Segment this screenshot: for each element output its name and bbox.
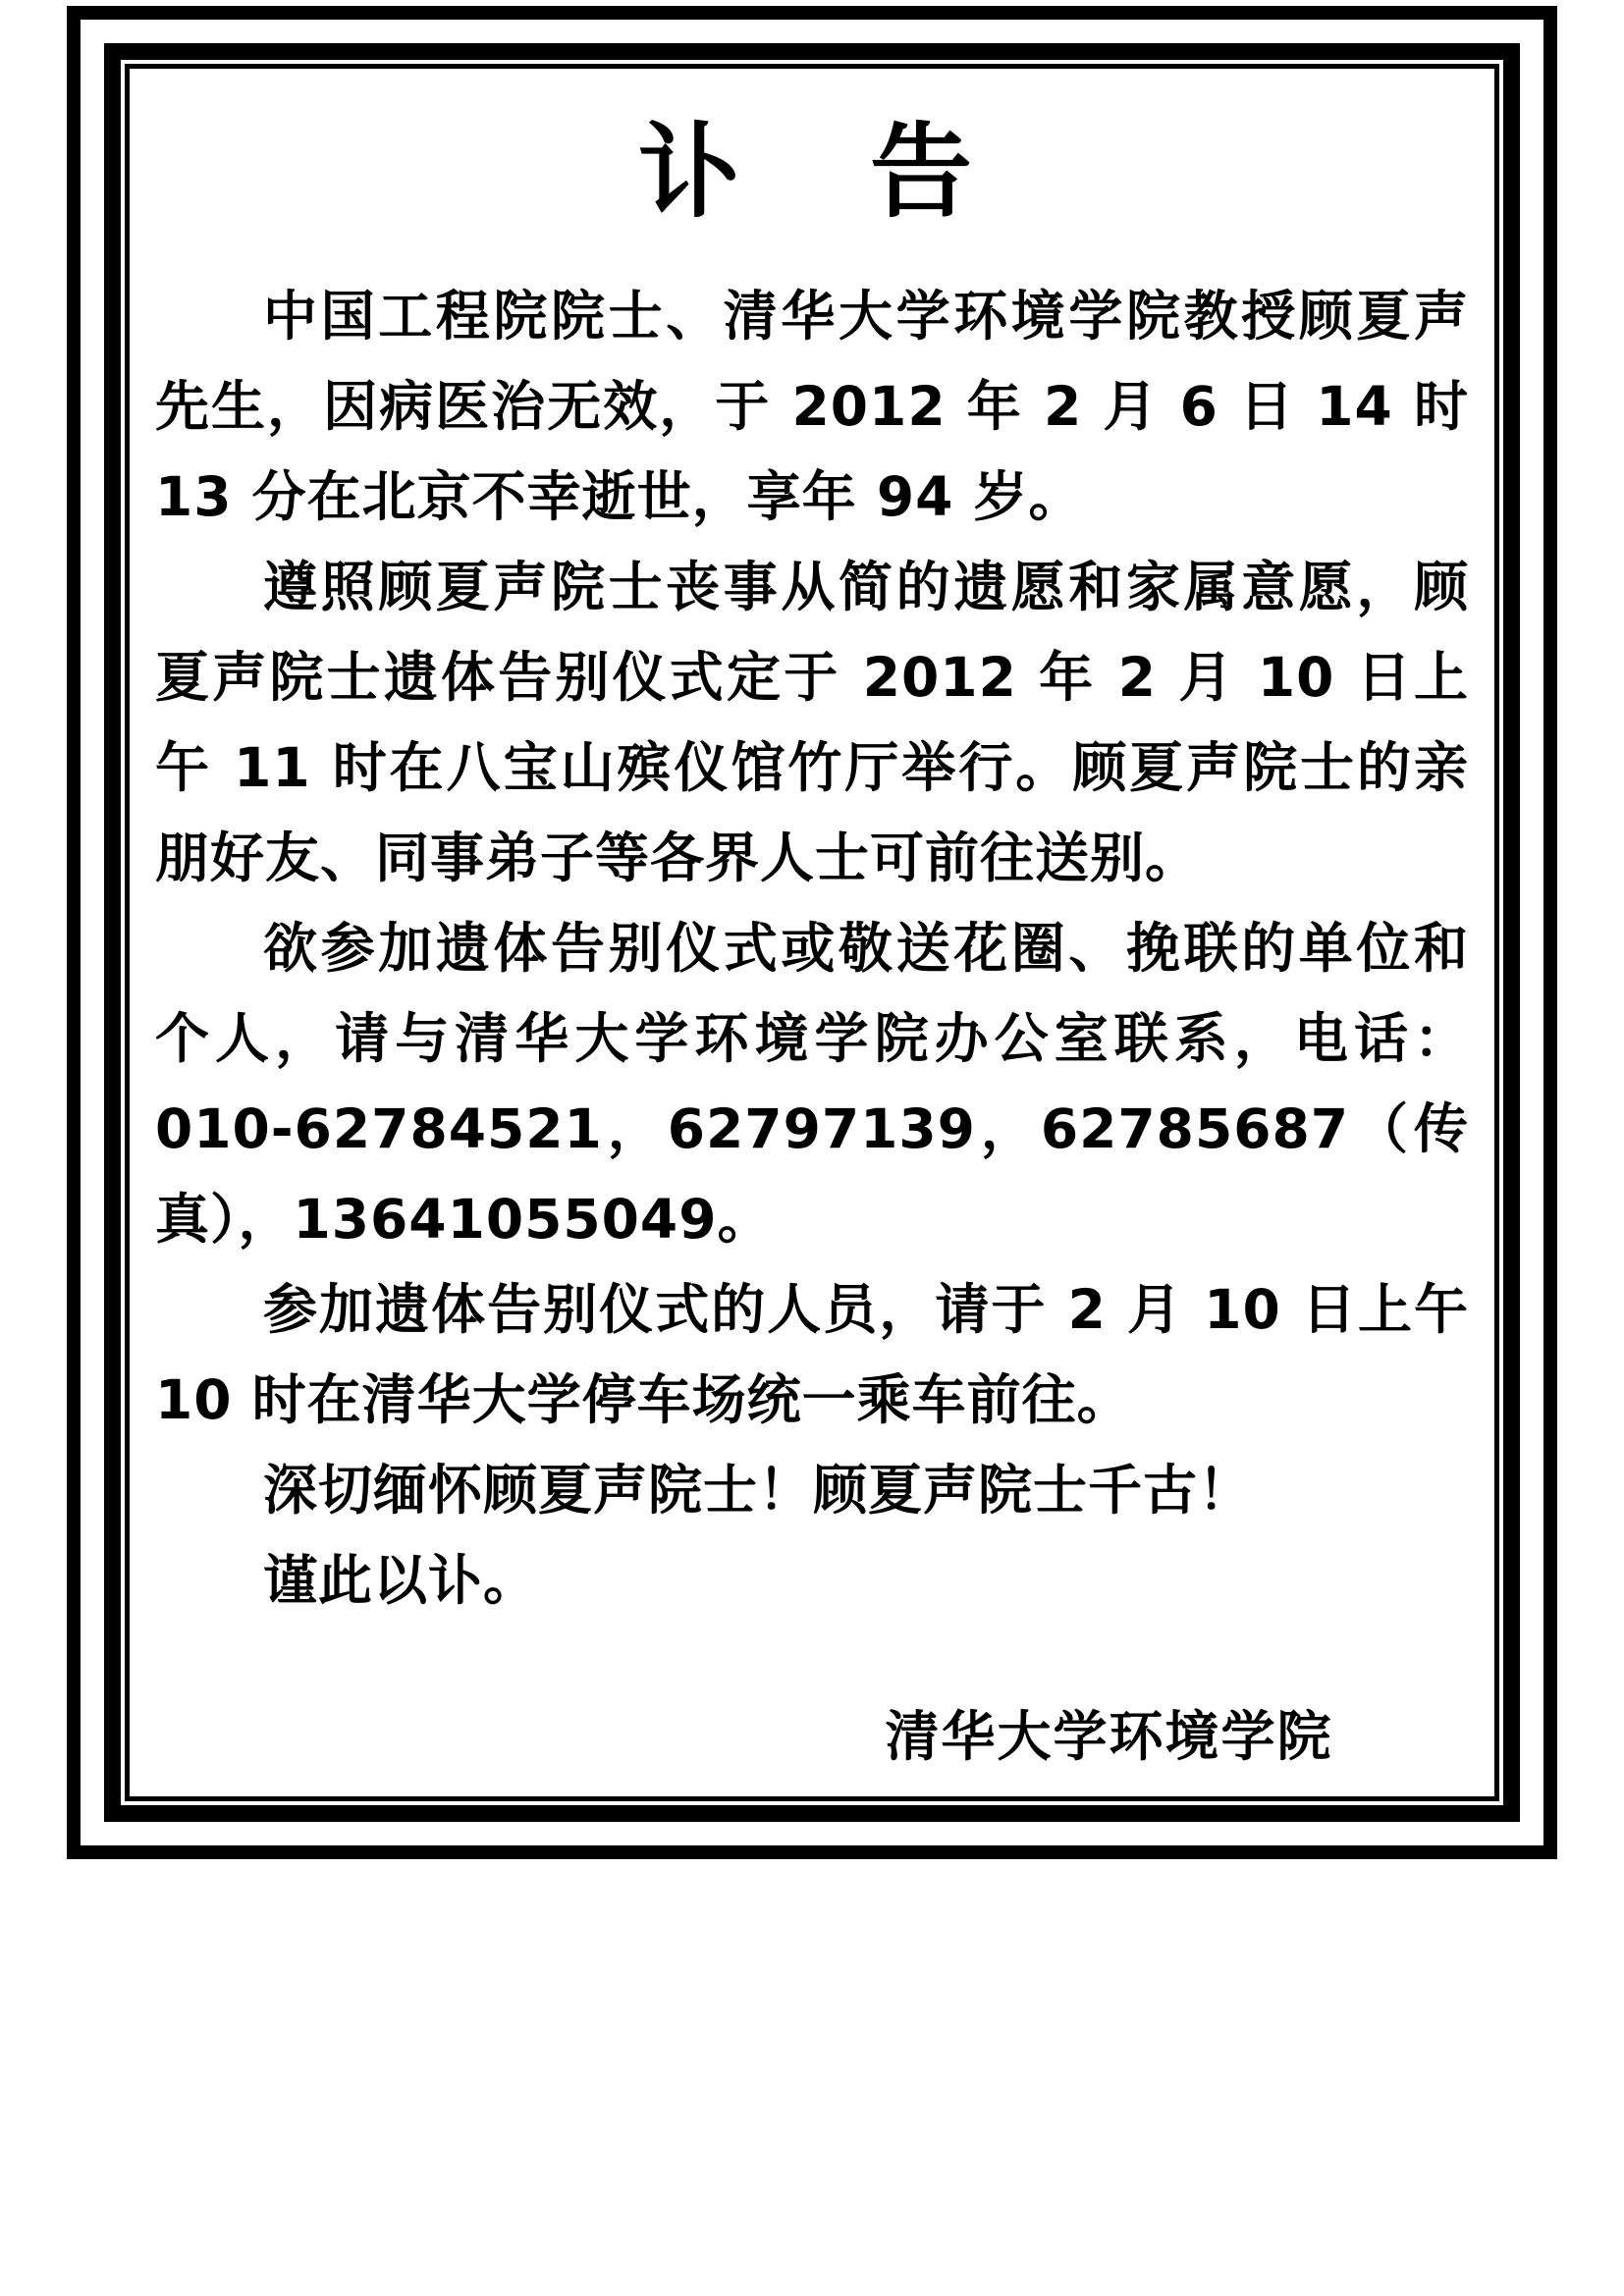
notice-border-outer: 讣 告 中国工程院院士、清华大学环境学院教授顾夏声先生，因病医治无效，于 201… [67, 6, 1557, 1859]
signature-date: 二〇一二年二月六日 [857, 1790, 1361, 1801]
signature-organization: 清华大学环境学院 [857, 1682, 1361, 1790]
body-paragraph-mourning: 深切缅怀顾夏声院士！顾夏声院士千古！ [155, 1445, 1469, 1535]
notice-body: 中国工程院院士、清华大学环境学院教授顾夏声先生，因病医治无效，于 2012 年 … [155, 271, 1469, 1626]
body-paragraph-transport-info: 参加遗体告别仪式的人员，请于 2 月 10 日上午 10 时在清华大学停车场统一… [155, 1264, 1469, 1445]
signature-block: 清华大学环境学院 二〇一二年二月六日 [857, 1682, 1361, 1801]
page: 讣 告 中国工程院院士、清华大学环境学院教授顾夏声先生，因病医治无效，于 201… [0, 0, 1624, 2296]
notice-border-middle: 讣 告 中国工程院院士、清华大学环境学院教授顾夏声先生，因病医治无效，于 201… [104, 43, 1520, 1822]
body-paragraph-closing: 谨此以讣。 [155, 1535, 1469, 1626]
body-paragraph-farewell-ceremony: 遵照顾夏声院士丧事从简的遗愿和家属意愿，顾夏声院士遗体告别仪式定于 2012 年… [155, 542, 1469, 903]
body-paragraph-death-announcement: 中国工程院院士、清华大学环境学院教授顾夏声先生，因病医治无效，于 2012 年 … [155, 271, 1469, 542]
body-paragraph-contact-info: 欲参加遗体告别仪式或敬送花圈、挽联的单位和个人，请与清华大学环境学院办公室联系，… [155, 903, 1469, 1264]
notice-title: 讣 告 [155, 116, 1469, 228]
notice-border-inner: 讣 告 中国工程院院士、清华大学环境学院教授顾夏声先生，因病医治无效，于 201… [125, 64, 1499, 1801]
